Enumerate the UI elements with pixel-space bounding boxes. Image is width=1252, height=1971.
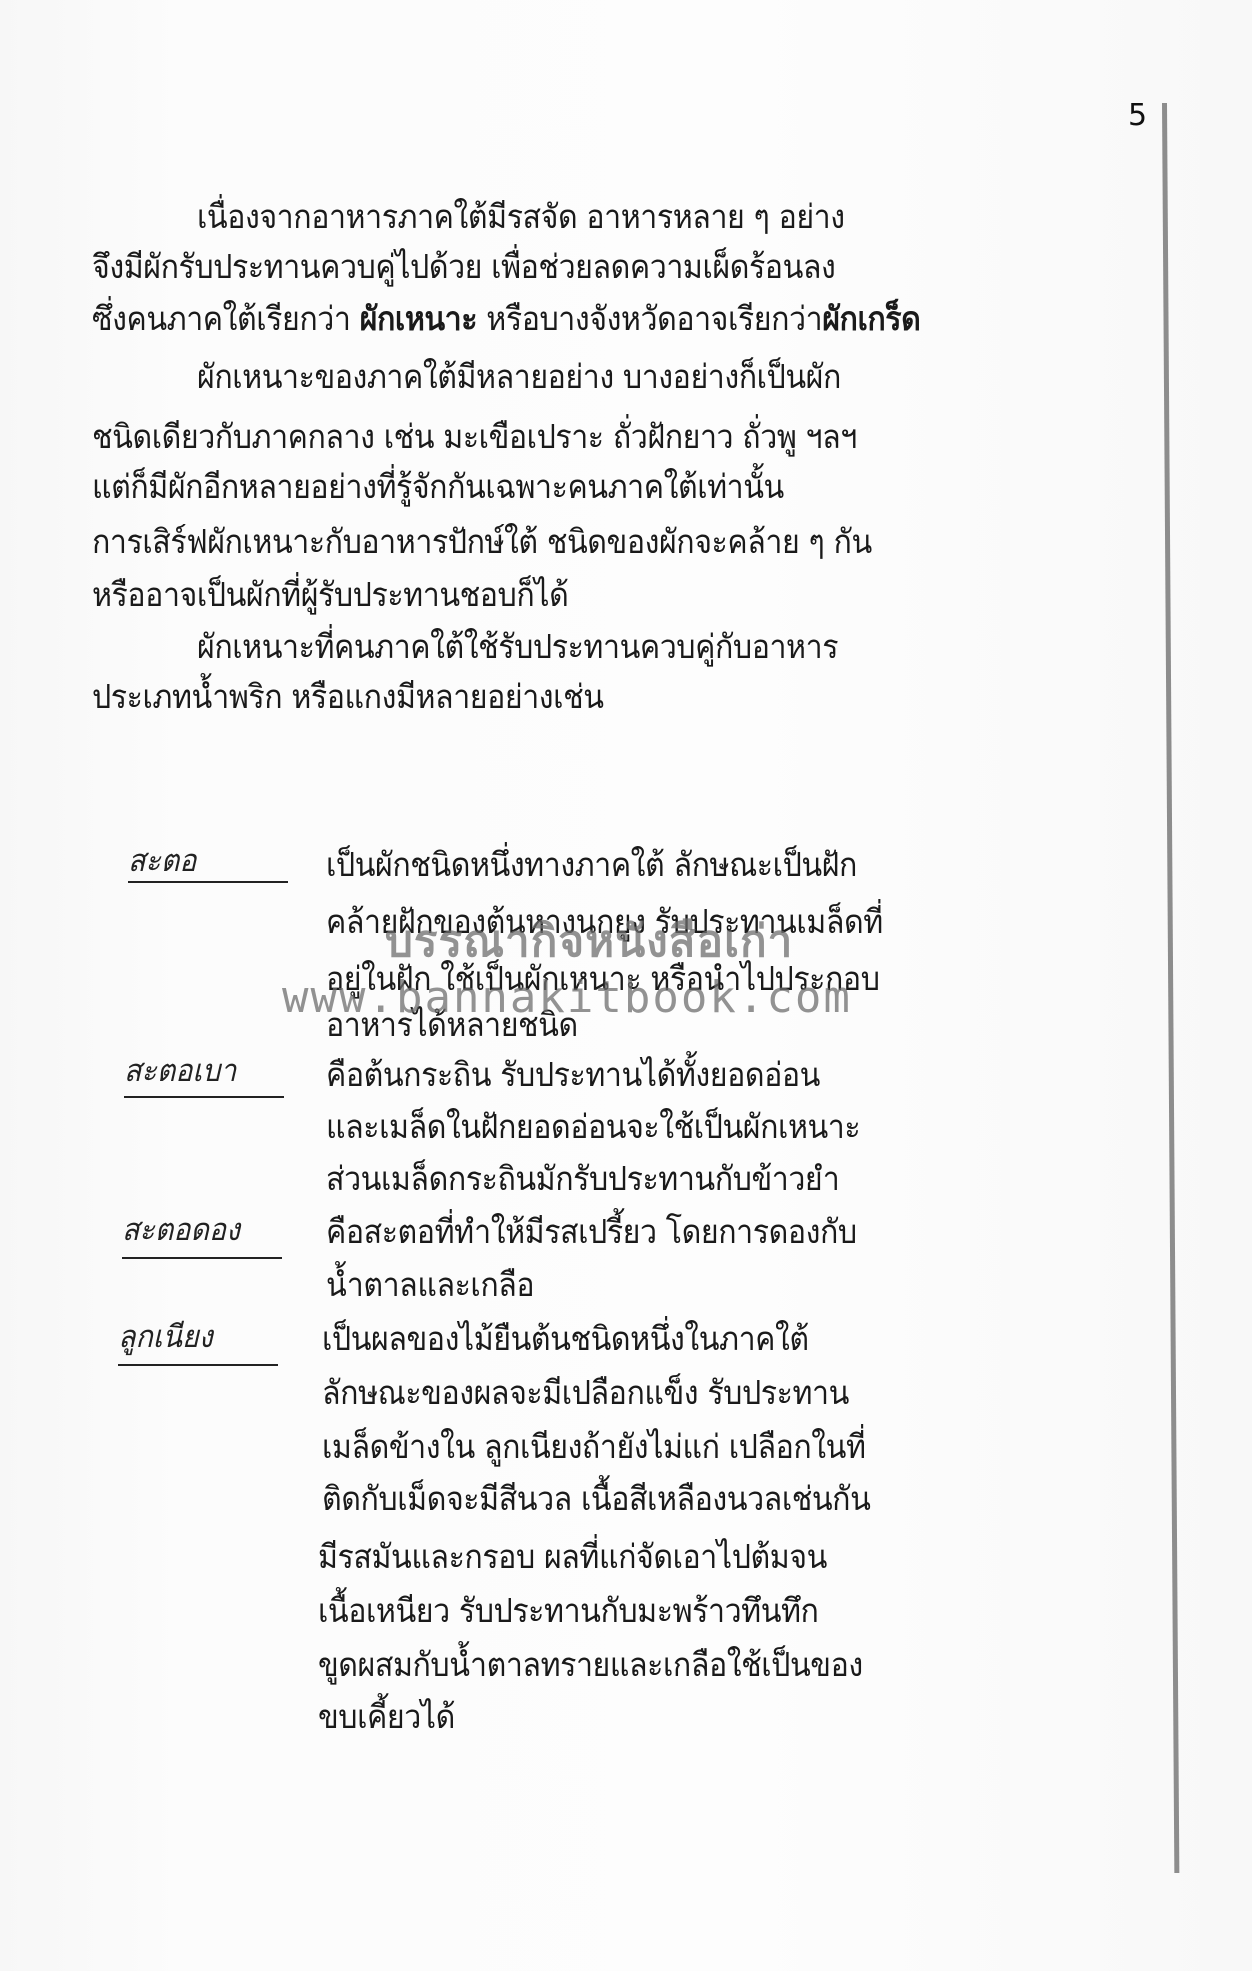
term-underline bbox=[118, 1364, 278, 1366]
glossary-luk-niang-line-5: มีรสมันและกรอบ ผลที่แก่จัดเอาไปต้มจน bbox=[318, 1540, 827, 1573]
glossary-term-sator: สะตอ bbox=[128, 846, 196, 877]
glossary-sator-bao-line-3: ส่วนเมล็ดกระถินมักรับประทานกับข้าวยำ bbox=[326, 1162, 839, 1195]
glossary-luk-niang-line-3: เมล็ดข้างใน ลูกเนียงถ้ายังไม่แก่ เปลือกใ… bbox=[322, 1430, 866, 1463]
intro-p2-line-2: ชนิดเดียวกับภาคกลาง เช่น มะเขือเปราะ ถั่… bbox=[92, 420, 857, 453]
term-phak-kret: ผักเกร็ด bbox=[822, 299, 920, 338]
glossary-sator-dong-line-1: คือสะตอที่ทำให้มีรสเปรี้ยว โดยการดองกับ bbox=[326, 1215, 857, 1248]
text-segment: ซึ่งคนภาคใต้เรียกว่า bbox=[92, 299, 360, 338]
intro-p2-line-4: การเสิร์ฟผักเหนาะกับอาหารปักษ์ใต้ ชนิดขอ… bbox=[92, 525, 872, 558]
glossary-sator-line-3: อยู่ในฝัก ใช้เป็นผักเหนาะ หรือนำไปประกอบ bbox=[326, 962, 880, 995]
term-underline bbox=[128, 881, 288, 883]
intro-p1-line-1: เนื่องจากอาหารภาคใต้มีรสจัด อาหารหลาย ๆ … bbox=[197, 200, 845, 233]
glossary-sator-line-4: อาหารได้หลายชนิด bbox=[326, 1008, 578, 1041]
glossary-sator-bao-line-2: และเมล็ดในฝักยอดอ่อนจะใช้เป็นผักเหนาะ bbox=[326, 1110, 860, 1143]
book-page: 5 เนื่องจากอาหารภาคใต้มีรสจัด อาหารหลาย … bbox=[0, 0, 1252, 1971]
glossary-term-sator-bao: สะตอเบา bbox=[124, 1056, 236, 1087]
page-number: 5 bbox=[1128, 98, 1147, 133]
intro-p3-line-2: ประเภทน้ำพริก หรือแกงมีหลายอย่างเช่น bbox=[92, 680, 604, 713]
margin-rule bbox=[1162, 103, 1179, 1873]
intro-p1-line-2: จึงมีผักรับประทานควบคู่ไปด้วย เพื่อช่วยล… bbox=[92, 250, 835, 283]
glossary-sator-line-1: เป็นผักชนิดหนึ่งทางภาคใต้ ลักษณะเป็นฝัก bbox=[326, 848, 857, 881]
glossary-luk-niang-line-4: ติดกับเม็ดจะมีสีนวล เนื้อสีเหลืองนวลเช่น… bbox=[322, 1482, 870, 1515]
glossary-sator-bao-line-1: คือต้นกระถิน รับประทานได้ทั้งยอดอ่อน bbox=[326, 1058, 820, 1091]
glossary-term-sator-dong: สะตอดอง bbox=[122, 1215, 240, 1246]
glossary-luk-niang-line-2: ลักษณะของผลจะมีเปลือกแข็ง รับประทาน bbox=[322, 1376, 849, 1409]
intro-p1-line-3: ซึ่งคนภาคใต้เรียกว่า ผักเหนาะ หรือบางจัง… bbox=[92, 302, 920, 335]
term-underline bbox=[124, 1096, 284, 1098]
glossary-term-luk-niang: ลูกเนียง bbox=[118, 1322, 213, 1353]
intro-p2-line-3: แต่ก็มีผักอีกหลายอย่างที่รู้จักกันเฉพาะค… bbox=[92, 470, 784, 503]
term-underline bbox=[122, 1257, 282, 1259]
intro-p2-line-5: หรืออาจเป็นผักที่ผู้รับประทานชอบก็ได้ bbox=[92, 578, 568, 611]
glossary-luk-niang-line-8: ขบเคี้ยวได้ bbox=[318, 1700, 455, 1733]
glossary-sator-dong-line-2: น้ำตาลและเกลือ bbox=[326, 1268, 534, 1301]
intro-p2-line-1: ผักเหนาะของภาคใต้มีหลายอย่าง บางอย่างก็เ… bbox=[197, 360, 841, 393]
glossary-luk-niang-line-6: เนื้อเหนียว รับประทานกับมะพร้าวทึนทึก bbox=[318, 1594, 818, 1627]
glossary-luk-niang-line-1: เป็นผลของไม้ยืนต้นชนิดหนึ่งในภาคใต้ bbox=[322, 1322, 809, 1355]
glossary-sator-line-2: คล้ายฝักของต้นหางนกยูง รับประทานเมล็ดที่ bbox=[326, 905, 883, 938]
term-phak-nao: ผักเหนาะ bbox=[360, 299, 477, 338]
text-segment: หรือบางจังหวัดอาจเรียกว่า bbox=[477, 299, 822, 338]
glossary-luk-niang-line-7: ขูดผสมกับน้ำตาลทรายและเกลือใช้เป็นของ bbox=[318, 1648, 863, 1681]
intro-p3-line-1: ผักเหนาะที่คนภาคใต้ใช้รับประทานควบคู่กับ… bbox=[197, 630, 838, 663]
